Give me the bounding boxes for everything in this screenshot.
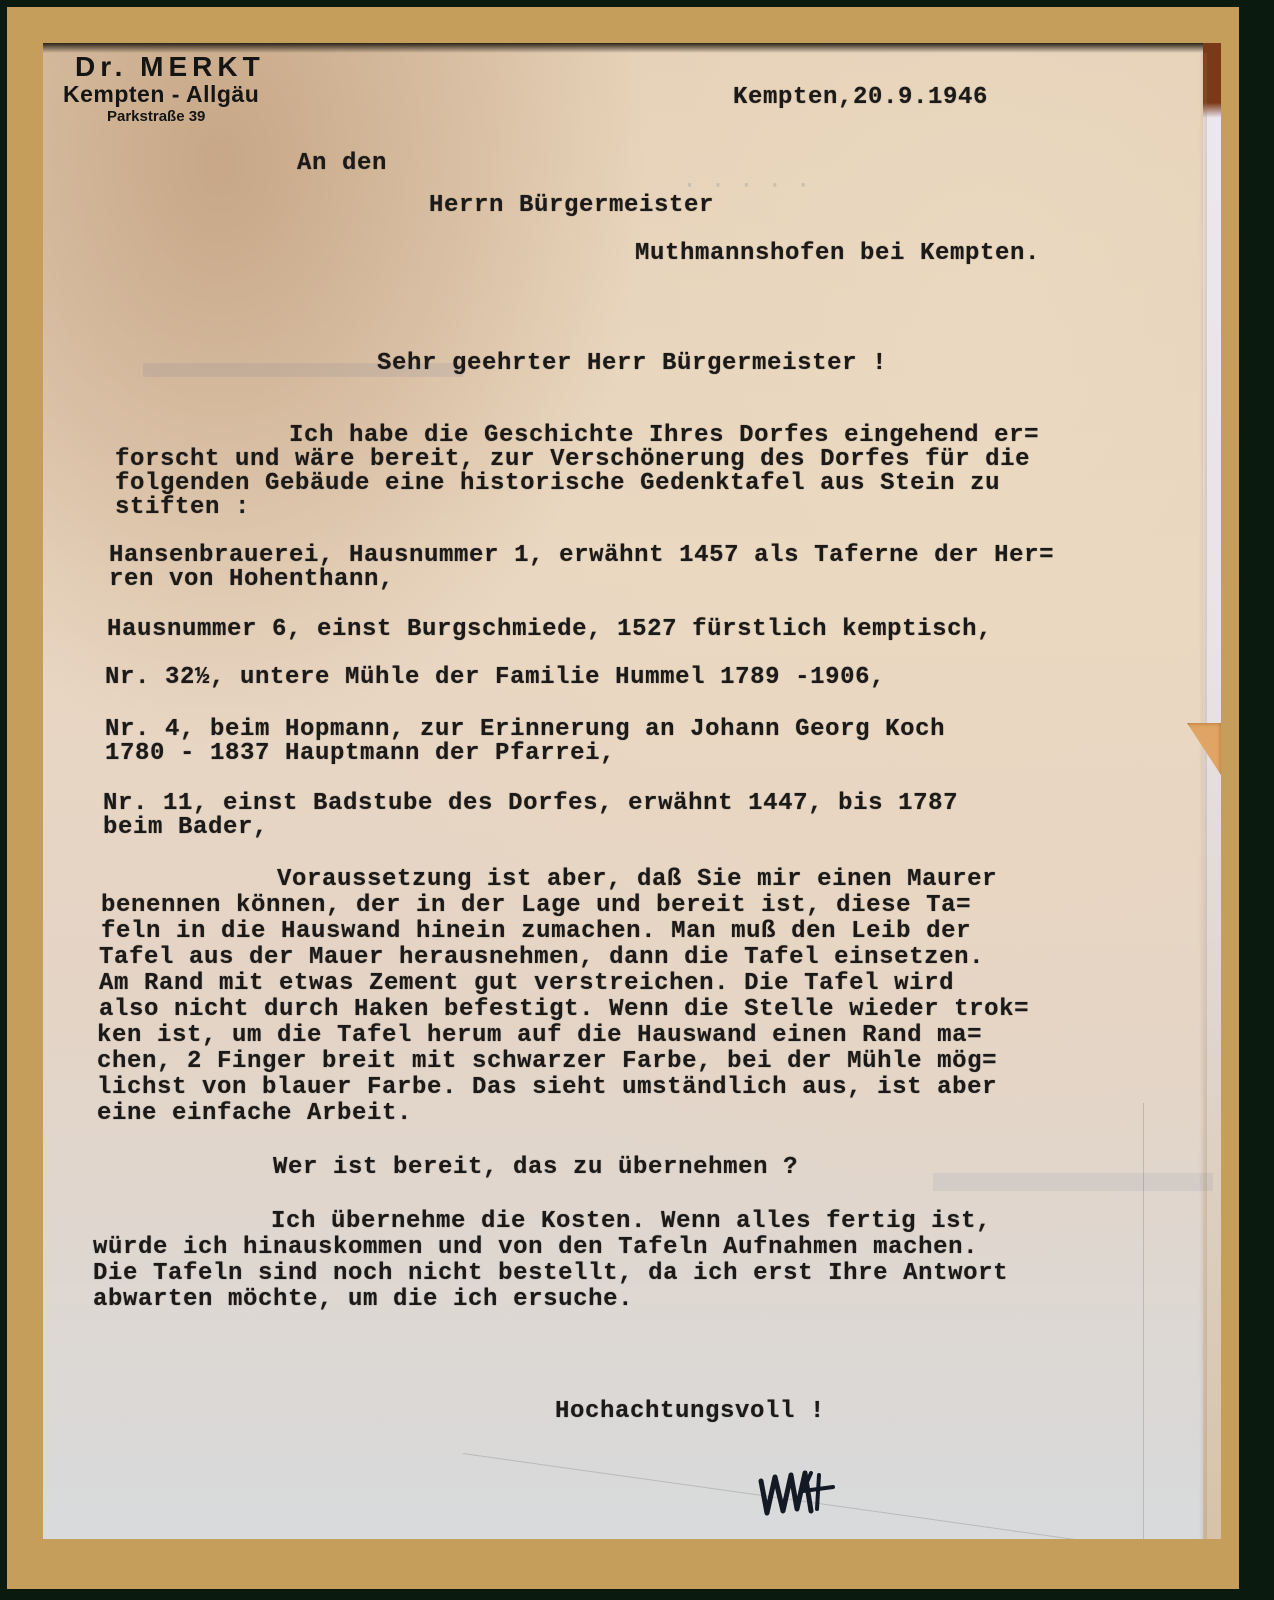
recipient-line-2: Herrn Bürgermeister — [429, 193, 714, 219]
building-5-line: beim Bader, — [103, 815, 268, 841]
sender-city: Kempten - Allgäu — [63, 81, 265, 108]
fold-line — [1143, 1103, 1144, 1539]
closing-line: würde ich hinauskommen und von den Tafel… — [93, 1235, 978, 1262]
closing-line: abwarten möchte, um die ich ersuche. — [93, 1287, 633, 1314]
date-line: Kempten,20.9.1946 — [733, 85, 988, 111]
paper-edge — [1199, 53, 1207, 1539]
salutation: Sehr geehrter Herr Bürgermeister ! — [377, 351, 887, 377]
condition-line: Tafel aus der Mauer herausnehmen, dann d… — [99, 945, 984, 972]
recipient-line-3: Muthmannshofen bei Kempten. — [635, 241, 1040, 267]
condition-line: Am Rand mit etwas Zement gut verstreiche… — [99, 971, 954, 998]
letterhead-stamp: Dr. MERKT Kempten - Allgäu Parkstraße 39 — [63, 51, 265, 125]
building-3-line: Nr. 32½, untere Mühle der Familie Hummel… — [105, 665, 885, 691]
picture-frame-mat: · · · · · Dr. MERKT Kempten - Allgäu Par… — [7, 7, 1239, 1589]
building-1-line: ren von Hohenthann, — [109, 567, 394, 593]
condition-line: also nicht durch Haken befestigt. Wenn d… — [99, 997, 1029, 1024]
sender-name: Dr. MERKT — [75, 51, 265, 83]
closing-line: Ich übernehme die Kosten. Wenn alles fer… — [271, 1209, 991, 1236]
condition-line: benennen können, der in der Lage und ber… — [101, 893, 971, 920]
condition-line: chen, 2 Finger breit mit schwarzer Farbe… — [97, 1049, 997, 1076]
intro-line: stiften : — [115, 495, 250, 521]
condition-line: lichst von blauer Farbe. Das sieht umstä… — [97, 1075, 997, 1102]
bleed-through-text — [933, 1173, 1213, 1191]
signature-icon — [753, 1451, 853, 1521]
recipient-line-1: An den — [297, 151, 387, 177]
closing-line: Die Tafeln sind noch nicht bestellt, da … — [93, 1261, 1008, 1288]
condition-line: eine einfache Arbeit. — [97, 1101, 412, 1128]
sender-street: Parkstraße 39 — [107, 108, 265, 125]
valediction: Hochachtungsvoll ! — [555, 1399, 825, 1425]
question-line: Wer ist bereit, das zu übernehmen ? — [273, 1155, 798, 1181]
letter-photo: · · · · · Dr. MERKT Kempten - Allgäu Par… — [43, 43, 1221, 1539]
condition-line: ken ist, um die Tafel herum auf die Haus… — [97, 1023, 982, 1050]
building-2-line: Hausnummer 6, einst Burgschmiede, 1527 f… — [107, 617, 992, 643]
condition-line: feln in die Hauswand hinein zumachen. Ma… — [101, 919, 971, 946]
condition-line: Voraussetzung ist aber, daß Sie mir eine… — [277, 867, 997, 894]
building-4-line: 1780 - 1837 Hauptmann der Pfarrei, — [105, 741, 615, 767]
